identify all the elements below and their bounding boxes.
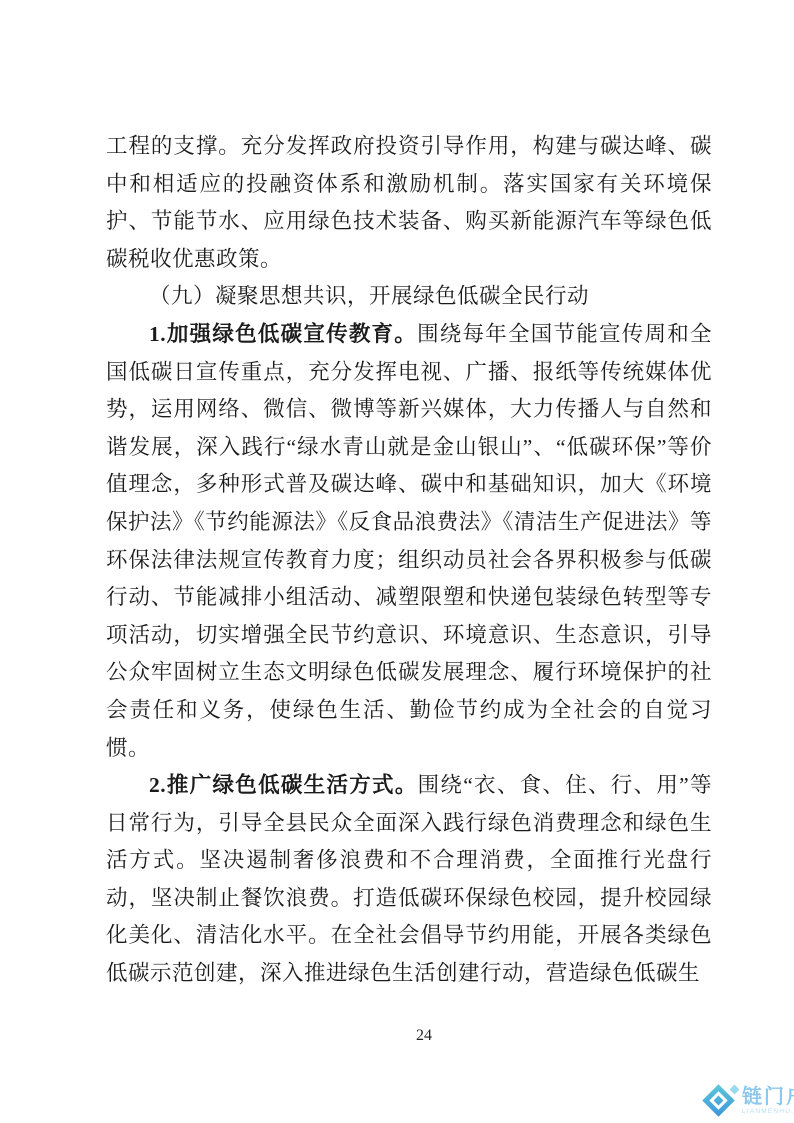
paragraph-1-lead: 1.加强绿色低碳宣传教育。 [149, 322, 417, 346]
document-page: 工程的支撑。充分发挥政府投资引导作用，构建与碳达峰、碳中和相适应的投融资体系和激… [0, 0, 794, 1123]
paragraph-2-lead: 2.推广绿色低碳生活方式。 [149, 773, 418, 797]
diamond-logo-icon [701, 1082, 739, 1120]
paragraph-2-body: 围绕“衣、食、住、行、用”等日常行为，引导全县民众全面深入践行绿色消费理念和绿色… [106, 773, 712, 985]
numbered-paragraph-2: 2.推广绿色低碳生活方式。围绕“衣、食、住、行、用”等日常行为，引导全县民众全面… [106, 767, 712, 993]
paragraph-1-body: 围绕每年全国节能宣传周和全国低碳日宣传重点，充分发挥电视、广播、报纸等传统媒体优… [106, 322, 712, 760]
watermark-text-block: 链门户 LIANMENHU.COM [742, 1087, 794, 1116]
diamond-inner-ring [709, 1091, 727, 1109]
watermark-brand-name: 链门户 [742, 1087, 794, 1107]
numbered-paragraph-1: 1.加强绿色低碳宣传教育。围绕每年全国节能宣传周和全国低碳日宣传重点，充分发挥电… [106, 316, 712, 767]
watermark-domain: LIANMENHU.COM [742, 1109, 794, 1116]
page-body-text: 工程的支撑。充分发挥政府投资引导作用，构建与碳达峰、碳中和相适应的投融资体系和激… [106, 128, 712, 993]
watermark-logo: 链门户 LIANMENHU.COM [701, 1082, 794, 1120]
diamond-accent-dot [730, 1085, 740, 1095]
section-heading: （九）凝聚思想共识，开展绿色低碳全民行动 [106, 278, 712, 316]
paragraph-continuation: 工程的支撑。充分发挥政府投资引导作用，构建与碳达峰、碳中和相适应的投融资体系和激… [106, 128, 712, 278]
page-number: 24 [416, 1027, 432, 1045]
